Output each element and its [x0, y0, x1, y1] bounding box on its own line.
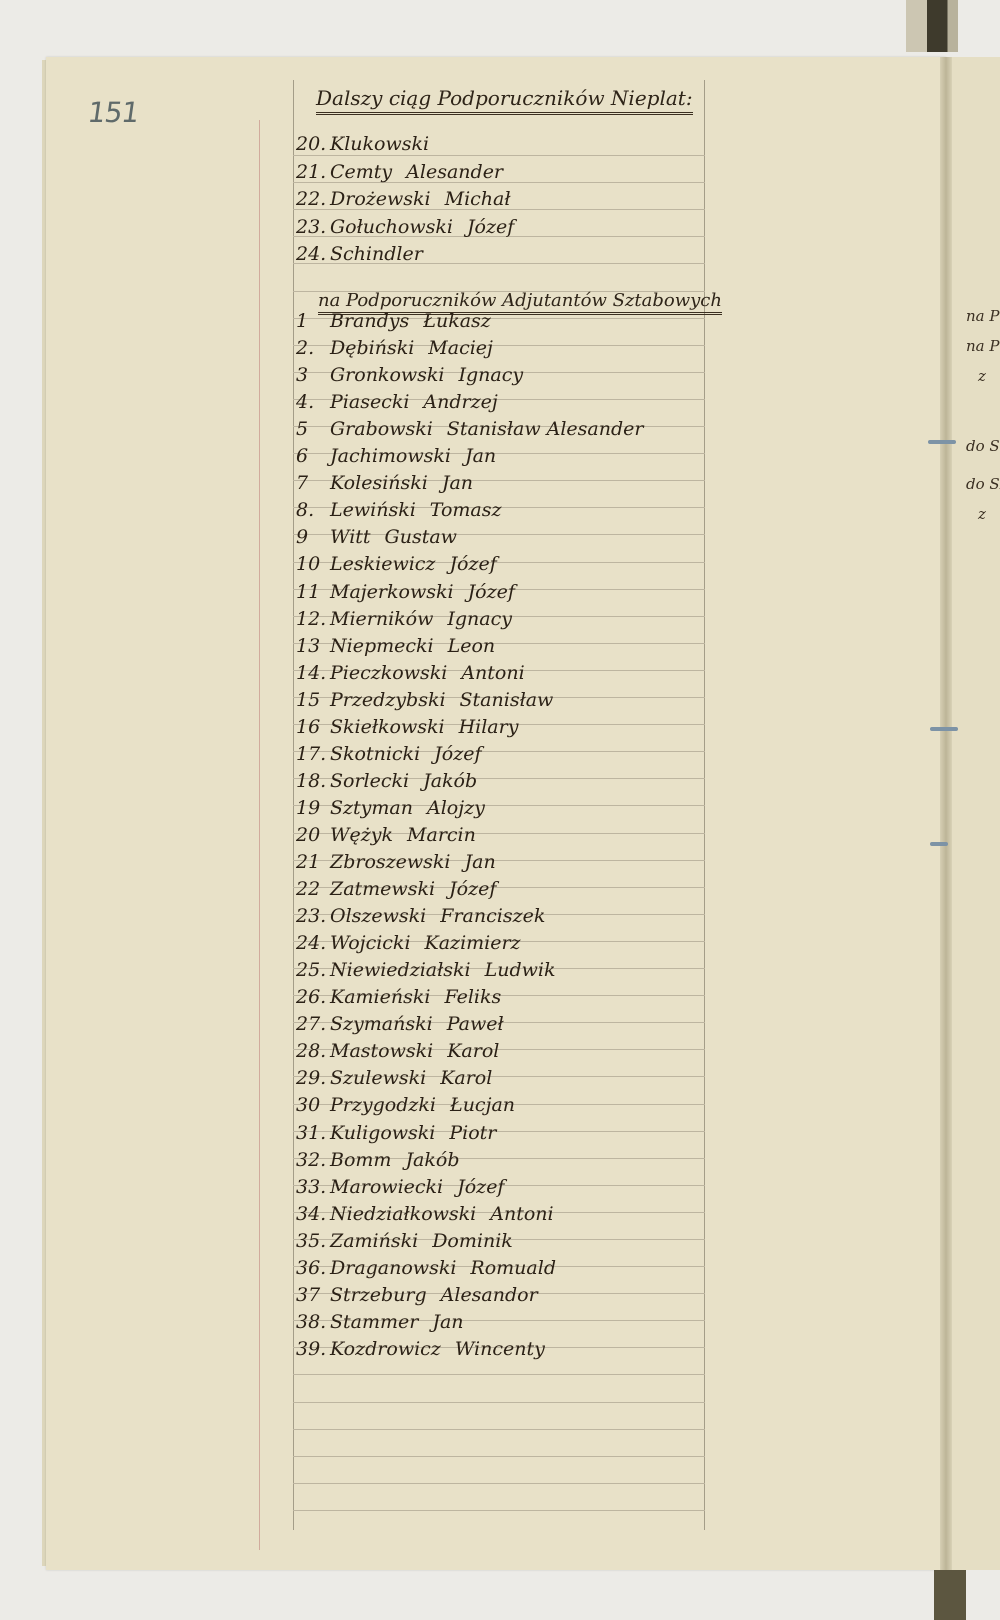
- adjacent-fragment: z: [978, 367, 986, 385]
- entry-given-name: Józef: [468, 581, 515, 603]
- entry-given-name: Alesandor: [441, 1284, 538, 1306]
- entry-given-name: Karol: [440, 1067, 492, 1089]
- entry-given-name: Tomasz: [430, 499, 502, 521]
- entry-surname: Leskiewicz: [330, 553, 435, 575]
- list-item: 28.MastowskiKarol: [296, 1038, 499, 1064]
- list-item: 1BrandysŁukasz: [296, 308, 491, 334]
- entry-surname: Przygodzki: [330, 1094, 436, 1116]
- entry-number: 16: [296, 714, 330, 740]
- list-item: 8.LewińskiTomasz: [296, 497, 502, 523]
- entry-given-name: Józef: [449, 553, 496, 575]
- entry-number: 23.: [296, 903, 330, 929]
- entry-given-name: Paweł: [447, 1013, 504, 1035]
- adjacent-fragment: do S: [966, 437, 1000, 455]
- entry-number: 37: [296, 1282, 330, 1308]
- list-item: 31.KuligowskiPiotr: [296, 1120, 496, 1146]
- entry-surname: Drożewski: [330, 188, 431, 210]
- entry-given-name: Jan: [465, 851, 496, 873]
- list-item: 6JachimowskiJan: [296, 443, 496, 469]
- entry-number: 19: [296, 795, 330, 821]
- list-item: 24.Schindler: [296, 241, 437, 267]
- entry-given-name: Ignacy: [447, 608, 512, 630]
- list-item: 35.ZamińskiDominik: [296, 1228, 513, 1254]
- list-item: 20WężykMarcin: [296, 822, 476, 848]
- list-heading: Dalszy ciąg Podporuczników Nieplat:: [316, 86, 693, 115]
- entry-given-name: Piotr: [449, 1122, 496, 1144]
- entry-given-name: Stanisław Alesander: [447, 418, 644, 440]
- adjacent-fragment: na P: [966, 337, 999, 355]
- list-item: 36.DraganowskiRomuald: [296, 1255, 556, 1281]
- list-item: 29.SzulewskiKarol: [296, 1065, 492, 1091]
- entry-surname: Mastowski: [330, 1040, 433, 1062]
- entry-given-name: Antoni: [461, 662, 524, 684]
- list-item: 15PrzedzybskiStanisław: [296, 687, 553, 713]
- ruled-line: [293, 1402, 705, 1403]
- list-item: 22ZatmewskiJózef: [296, 876, 496, 902]
- list-item: 24.WojcickiKazimierz: [296, 930, 521, 956]
- entry-given-name: Łucjan: [450, 1094, 515, 1116]
- entry-surname: Cemty: [330, 161, 392, 183]
- entry-number: 15: [296, 687, 330, 713]
- list-item: 10LeskiewiczJózef: [296, 551, 497, 577]
- entry-number: 4.: [296, 389, 330, 415]
- entry-number: 24.: [296, 241, 330, 267]
- binding-thread: [928, 440, 956, 444]
- entry-number: 36.: [296, 1255, 330, 1281]
- entry-given-name: Gustaw: [385, 526, 457, 548]
- list-item: 19SztymanAlojzy: [296, 795, 485, 821]
- entry-surname: Sorlecki: [330, 770, 409, 792]
- entry-given-name: Romuald: [470, 1257, 556, 1279]
- entry-surname: Pieczkowski: [330, 662, 447, 684]
- list-item: 26.KamieńskiFeliks: [296, 984, 501, 1010]
- entry-number: 24.: [296, 930, 330, 956]
- entry-surname: Stammer: [330, 1311, 418, 1333]
- list-item: 34.NiedziałkowskiAntoni: [296, 1201, 554, 1227]
- entry-given-name: Maciej: [428, 337, 493, 359]
- entry-number: 5: [296, 416, 330, 442]
- entry-surname: Gronkowski: [330, 364, 445, 386]
- entry-given-name: Wincenty: [455, 1338, 545, 1360]
- list-item: 12.MiernikówIgnacy: [296, 606, 512, 632]
- entry-surname: Skiełkowski: [330, 716, 445, 738]
- entry-number: 33.: [296, 1174, 330, 1200]
- list-item: 33.MarowieckiJózef: [296, 1174, 504, 1200]
- list-item: 30PrzygodzkiŁucjan: [296, 1092, 515, 1118]
- entry-number: 3: [296, 362, 330, 388]
- list-item: 21.CemtyAlesander: [296, 159, 503, 185]
- entry-surname: Kuligowski: [330, 1122, 435, 1144]
- entry-surname: Dębiński: [330, 337, 414, 359]
- entry-surname: Przedzybski: [330, 689, 446, 711]
- entry-given-name: Alesander: [406, 161, 503, 183]
- binding-thread: [930, 727, 958, 731]
- entry-number: 2.: [296, 335, 330, 361]
- entry-number: 32.: [296, 1147, 330, 1173]
- page-binding-fold: [940, 57, 952, 1570]
- entry-given-name: Jan: [432, 1311, 463, 1333]
- list-item: 27.SzymańskiPaweł: [296, 1011, 504, 1037]
- entry-given-name: Feliks: [444, 986, 501, 1008]
- entry-surname: Wojcicki: [330, 932, 411, 954]
- list-item: 9WittGustaw: [296, 524, 457, 550]
- entry-surname: Gołuchowski: [330, 216, 453, 238]
- entry-number: 34.: [296, 1201, 330, 1227]
- list-item: 2.DębińskiMaciej: [296, 335, 493, 361]
- list-item: 17.SkotnickiJózef: [296, 741, 482, 767]
- entry-given-name: Ignacy: [459, 364, 524, 386]
- ruled-line: [293, 1456, 705, 1457]
- entry-surname: Kamieński: [330, 986, 430, 1008]
- entry-given-name: Michał: [445, 188, 511, 210]
- entry-given-name: Józef: [457, 1176, 504, 1198]
- entry-surname: Jachimowski: [330, 445, 451, 467]
- entry-surname: Brandys: [330, 310, 409, 332]
- ruled-line: [293, 1429, 705, 1430]
- adjacent-page: na P na P z do S do Sz z: [952, 57, 1000, 1570]
- archive-tab-top: [906, 0, 958, 52]
- entry-number: 31.: [296, 1120, 330, 1146]
- entry-surname: Kolesiński: [330, 472, 428, 494]
- adjacent-fragment: do Sz: [966, 475, 1000, 493]
- entry-given-name: Józef: [434, 743, 481, 765]
- entry-number: 28.: [296, 1038, 330, 1064]
- entry-surname: Szulewski: [330, 1067, 426, 1089]
- entry-surname: Klukowski: [330, 133, 429, 155]
- adjacent-fragment: na P: [966, 307, 999, 325]
- entry-surname: Bomm: [330, 1149, 391, 1171]
- entry-given-name: Józef: [467, 216, 514, 238]
- ruled-line: [293, 1374, 705, 1375]
- entry-number: 25.: [296, 957, 330, 983]
- list-item: 38.StammerJan: [296, 1309, 464, 1335]
- entry-surname: Skotnicki: [330, 743, 420, 765]
- list-item: 22.DrożewskiMichał: [296, 186, 511, 212]
- entry-number: 11: [296, 579, 330, 605]
- entry-surname: Wężyk: [330, 824, 393, 846]
- entry-number: 12.: [296, 606, 330, 632]
- entry-surname: Piasecki: [330, 391, 409, 413]
- entry-number: 21.: [296, 159, 330, 185]
- list-item: 4.PiaseckiAndrzej: [296, 389, 498, 415]
- entry-number: 1: [296, 308, 330, 334]
- entry-given-name: Hilary: [459, 716, 519, 738]
- entry-number: 10: [296, 551, 330, 577]
- entry-given-name: Antoni: [490, 1203, 553, 1225]
- entry-given-name: Alojzy: [427, 797, 485, 819]
- entry-given-name: Leon: [448, 635, 496, 657]
- entry-given-name: Kazimierz: [425, 932, 521, 954]
- entry-surname: Marowiecki: [330, 1176, 443, 1198]
- entry-number: 18.: [296, 768, 330, 794]
- entry-surname: Majerkowski: [330, 581, 454, 603]
- entry-given-name: Jan: [442, 472, 473, 494]
- entry-number: 9: [296, 524, 330, 550]
- list-item: 18.SorleckiJakób: [296, 768, 477, 794]
- list-item: 32.BommJakób: [296, 1147, 460, 1173]
- list-item: 20.Klukowski: [296, 131, 443, 157]
- page-number: 151: [86, 96, 141, 129]
- entry-surname: Niewiedziałski: [330, 959, 471, 981]
- list-item: 14.PieczkowskiAntoni: [296, 660, 525, 686]
- entry-given-name: Łukasz: [423, 310, 491, 332]
- entry-given-name: Stanisław: [460, 689, 554, 711]
- entry-surname: Draganowski: [330, 1257, 456, 1279]
- entry-given-name: Ludwik: [485, 959, 556, 981]
- list-item: 25.NiewiedziałskiLudwik: [296, 957, 555, 983]
- list-item: 39.KozdrowiczWincenty: [296, 1336, 545, 1362]
- entry-given-name: Dominik: [432, 1230, 513, 1252]
- entry-surname: Szymański: [330, 1013, 433, 1035]
- entry-given-name: Józef: [449, 878, 496, 900]
- entry-surname: Mierników: [330, 608, 433, 630]
- entry-number: 39.: [296, 1336, 330, 1362]
- adjacent-fragment: z: [978, 505, 986, 523]
- entry-surname: Grabowski: [330, 418, 433, 440]
- margin-line: [259, 120, 260, 1550]
- list-item: 16SkiełkowskiHilary: [296, 714, 518, 740]
- list-item: 37StrzeburgAlesandor: [296, 1282, 538, 1308]
- entry-number: 22.: [296, 186, 330, 212]
- ruled-line: [293, 1483, 705, 1484]
- entry-surname: Zamiński: [330, 1230, 418, 1252]
- list-item: 7KolesińskiJan: [296, 470, 473, 496]
- list-item: 5GrabowskiStanisław Alesander: [296, 416, 643, 442]
- entry-number: 20: [296, 822, 330, 848]
- entry-number: 13: [296, 633, 330, 659]
- entry-number: 8.: [296, 497, 330, 523]
- entry-number: 7: [296, 470, 330, 496]
- entry-surname: Zbroszewski: [330, 851, 451, 873]
- entry-number: 30: [296, 1092, 330, 1118]
- binding-thread: [930, 842, 948, 846]
- list-item: 23.GołuchowskiJózef: [296, 214, 514, 240]
- entry-number: 27.: [296, 1011, 330, 1037]
- entry-given-name: Jakób: [423, 770, 477, 792]
- entry-surname: Olszewski: [330, 905, 426, 927]
- list-item: 11MajerkowskiJózef: [296, 579, 515, 605]
- entry-number: 29.: [296, 1065, 330, 1091]
- entry-number: 17.: [296, 741, 330, 767]
- entry-surname: Lewiński: [330, 499, 416, 521]
- entry-surname: Zatmewski: [330, 878, 435, 900]
- entry-given-name: Marcin: [407, 824, 476, 846]
- entry-given-name: Jakób: [405, 1149, 459, 1171]
- entry-given-name: Franciszek: [440, 905, 545, 927]
- entry-given-name: Karol: [447, 1040, 499, 1062]
- entry-surname: Kozdrowicz: [330, 1338, 441, 1360]
- entry-given-name: Jan: [465, 445, 496, 467]
- list-item: 3GronkowskiIgnacy: [296, 362, 523, 388]
- entry-surname: Sztyman: [330, 797, 413, 819]
- entry-surname: Niedziałkowski: [330, 1203, 476, 1225]
- entry-surname: Niepmecki: [330, 635, 434, 657]
- entry-surname: Strzeburg: [330, 1284, 427, 1306]
- entry-number: 22: [296, 876, 330, 902]
- entry-number: 35.: [296, 1228, 330, 1254]
- entry-number: 21: [296, 849, 330, 875]
- entry-number: 14.: [296, 660, 330, 686]
- entry-number: 20.: [296, 131, 330, 157]
- list-item: 13NiepmeckiLeon: [296, 633, 495, 659]
- archive-tab-bottom: [934, 1570, 966, 1620]
- list-item: 23.OlszewskiFranciszek: [296, 903, 545, 929]
- entry-number: 6: [296, 443, 330, 469]
- entry-number: 26.: [296, 984, 330, 1010]
- list-item: 21ZbroszewskiJan: [296, 849, 496, 875]
- entry-number: 38.: [296, 1309, 330, 1335]
- entry-number: 23.: [296, 214, 330, 240]
- entry-surname: Schindler: [330, 243, 423, 265]
- entry-surname: Witt: [330, 526, 371, 548]
- ruled-line: [293, 1510, 705, 1511]
- entry-given-name: Andrzej: [423, 391, 497, 413]
